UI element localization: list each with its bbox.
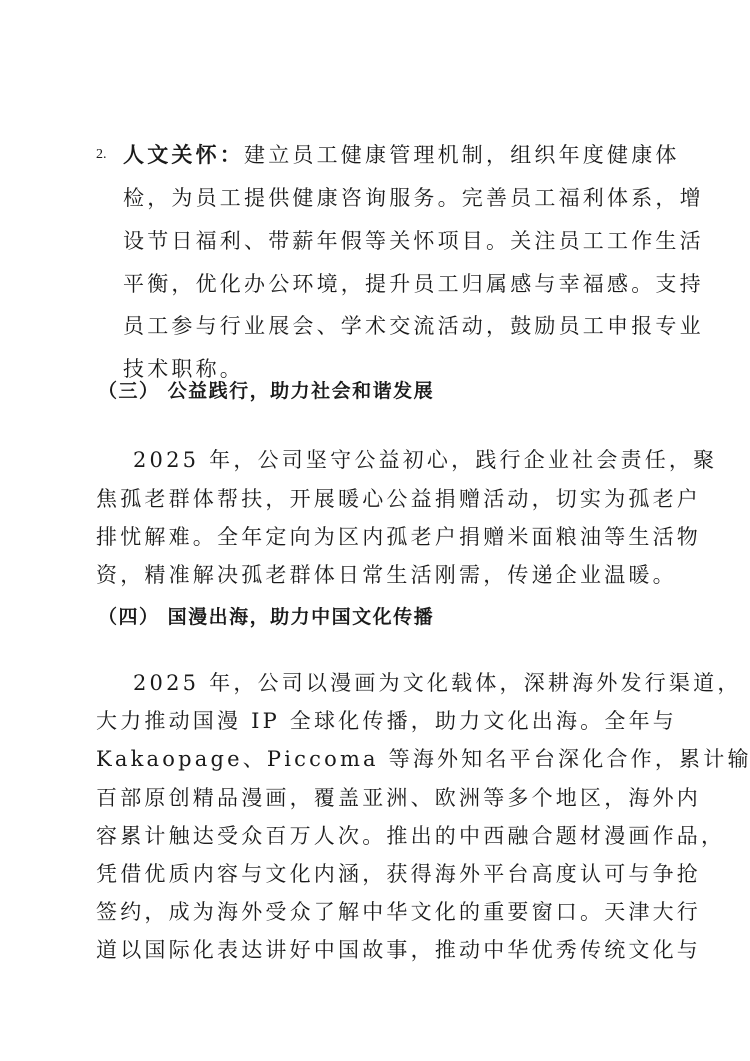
section4-line-8: 道以国际化表达讲好中国故事，推动中华优秀传统文化与 xyxy=(96,935,701,965)
item2-line-3: 设节日福利、带薪年假等关怀项目。关注员工工作生活 xyxy=(123,226,704,256)
section3-line-4: 资，精准解决孤老群体日常生活刚需，传递企业温暖。 xyxy=(96,560,677,590)
section4-line-2: 大力推动国漫 IP 全球化传播，助力文化出海。全年与 xyxy=(96,706,677,736)
list-number: 2. xyxy=(96,140,107,170)
section3-line-1: 2025 年，公司坚守公益初心，践行企业社会责任，聚 xyxy=(133,445,717,475)
section3-line-2: 焦孤老群体帮扶，开展暖心公益捐赠活动，切实为孤老户 xyxy=(96,484,701,514)
section4-line-4: 百部原创精品漫画，覆盖亚洲、欧洲等多个地区，海外内 xyxy=(96,783,701,813)
section4-heading: （四） 国漫出海，助力中国文化传播 xyxy=(98,602,434,632)
section3-heading: （三） 公益践行，助力社会和谐发展 xyxy=(98,376,434,406)
item2-title: 人文关怀： xyxy=(123,142,244,167)
section4-line-1: 2025 年，公司以漫画为文化载体，深耕海外发行渠道， xyxy=(133,668,742,698)
section4-line-3: Kakaopage、Piccoma 等海外知名平台深化合作，累计输出 xyxy=(96,744,750,774)
section3-line-3: 排忧解难。全年定向为区内孤老户捐赠米面粮油等生活物 xyxy=(96,522,701,552)
document-page: 2. 人文关怀：建立员工健康管理机制，组织年度健康体 检，为员工提供健康咨询服务… xyxy=(0,0,750,1061)
item2-line-1: 人文关怀：建立员工健康管理机制，组织年度健康体 xyxy=(123,140,680,170)
section4-line-5: 容累计触达受众百万人次。推出的中西融合题材漫画作品， xyxy=(96,821,725,851)
section4-line-6: 凭借优质内容与文化内涵，获得海外平台高度认可与争抢 xyxy=(96,859,701,889)
item2-line-4: 平衡，优化办公环境，提升员工归属感与幸福感。支持 xyxy=(123,269,704,299)
item2-line-5: 员工参与行业展会、学术交流活动，鼓励员工申报专业 xyxy=(123,311,704,341)
item2-line-2: 检，为员工提供健康咨询服务。完善员工福利体系，增 xyxy=(123,183,704,213)
section4-line-7: 签约，成为海外受众了解中华文化的重要窗口。天津大行 xyxy=(96,897,701,927)
